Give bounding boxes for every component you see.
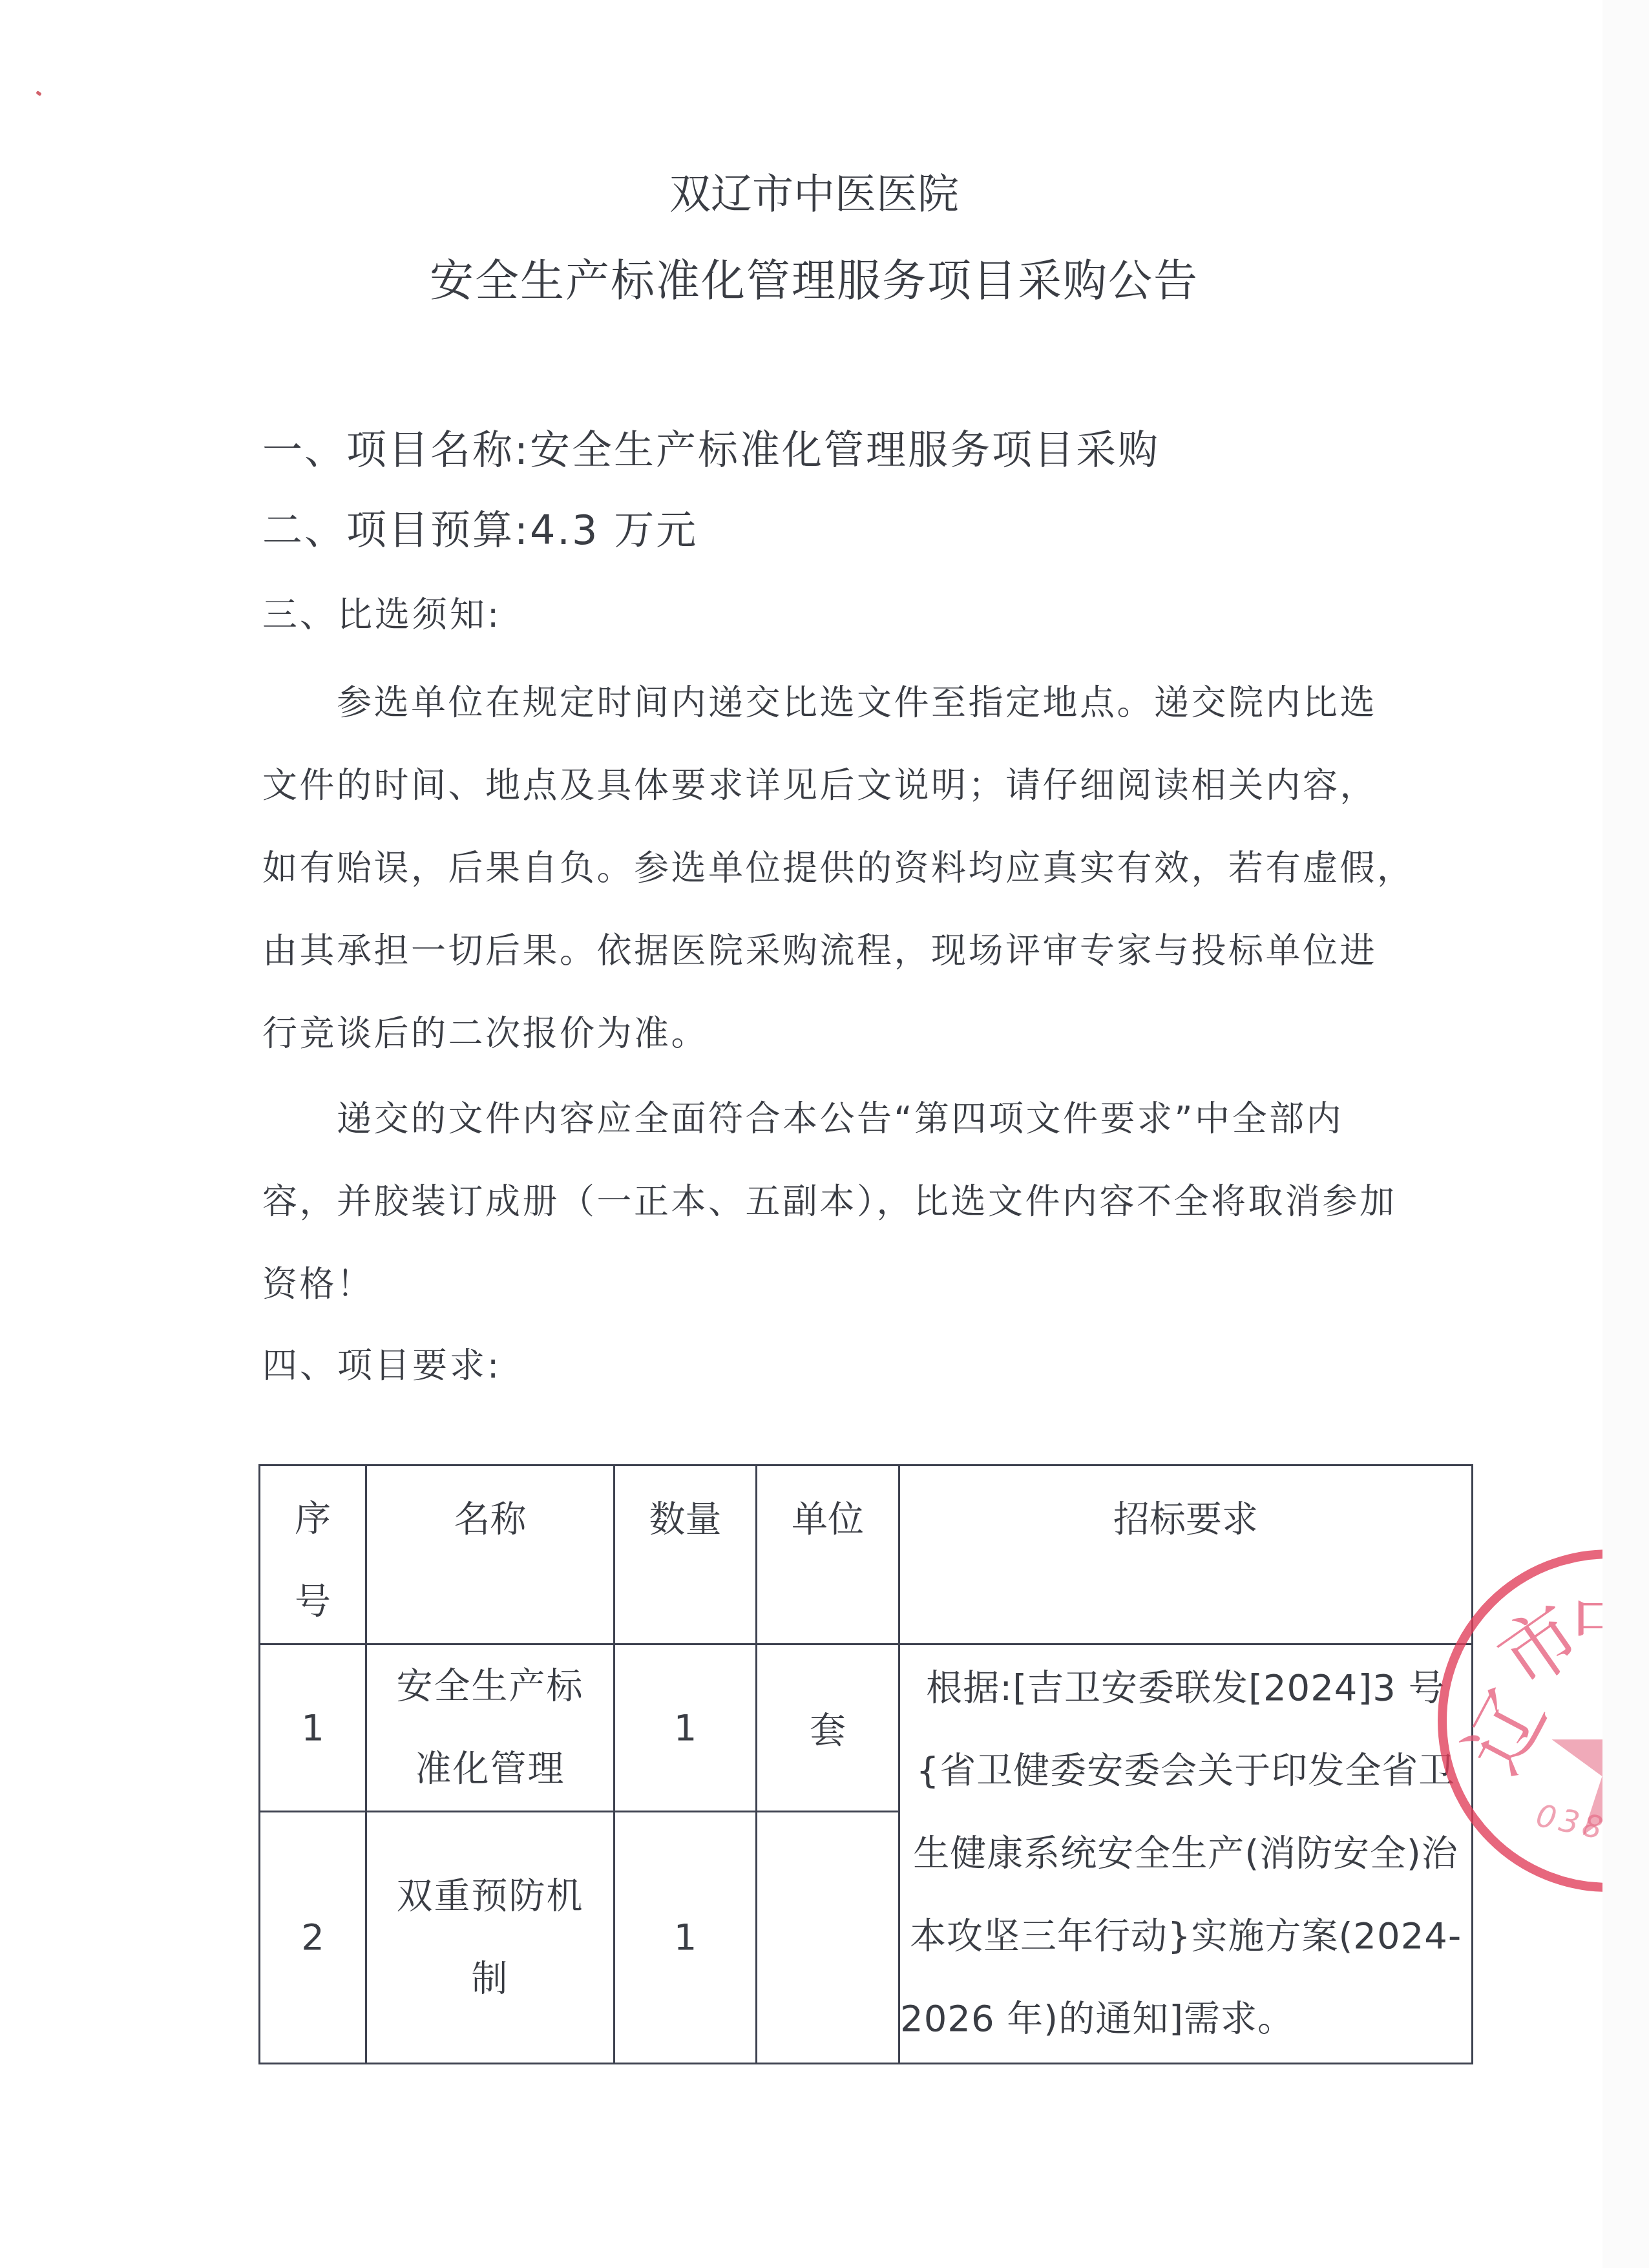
paragraph-line: 参选单位在规定时间内递交比选文件至指定地点。递交院内比选 (262, 662, 1400, 744)
cell-unit: 套 (757, 1644, 899, 1812)
scan-speck (36, 90, 41, 96)
table-row: 1 安全生产标 准化管理 1 套 根据:[吉卫安委联发[2024]3 号{省卫健… (260, 1644, 1473, 1812)
scan-edge-strip (1602, 0, 1649, 2268)
paragraph-line: 行竞谈后的二次报价为准。 (262, 992, 1400, 1075)
requirements-table: 序 号 名称 数量 单位 招标要求 1 安全生产标 准化管理 1 套 根据:[吉… (258, 1464, 1473, 2064)
cell-serial-number: 1 (260, 1644, 366, 1812)
section-project-name: 一、项目名称:安全生产标准化管理服务项目采购 (262, 428, 1160, 473)
notice-paragraph-2: 递交的文件内容应全面符合本公告“第四项文件要求”中全部内 容，并胶装订成册（一正… (262, 1078, 1400, 1326)
header-quantity: 数量 (614, 1465, 757, 1644)
cell-quantity: 1 (614, 1644, 757, 1812)
seal-star-icon: ★ (1538, 1654, 1602, 1867)
section-requirements-heading: 四、项目要求: (262, 1347, 501, 1385)
section-project-budget: 二、项目预算:4.3 万元 (262, 508, 698, 553)
organization-title: 双辽市中医医院 (0, 172, 1639, 217)
paragraph-line: 由其承担一切后果。依据医院采购流程，现场评审专家与投标单位进 (262, 910, 1400, 992)
header-unit: 单位 (757, 1465, 899, 1644)
paragraph-line: 递交的文件内容应全面符合本公告“第四项文件要求”中全部内 (262, 1078, 1400, 1160)
paragraph-line: 容，并胶装订成册（一正本、五副本），比选文件内容不全将取消参加 (262, 1160, 1400, 1243)
header-name: 名称 (366, 1465, 614, 1644)
seal-char: 市 (1473, 1574, 1601, 1710)
seal-number: 03821 (1533, 1798, 1602, 1858)
cell-quantity: 1 (614, 1812, 757, 2064)
seal-char: 中 (1570, 1564, 1602, 1675)
cell-unit (757, 1812, 899, 2064)
cell-serial-number: 2 (260, 1812, 366, 2064)
paragraph-line: 文件的时间、地点及具体要求详见后文说明；请仔细阅读相关内容， (262, 744, 1400, 827)
notice-title: 安全生产标准化管理服务项目采购公告 (0, 258, 1639, 305)
section-notice-heading: 三、比选须知: (262, 596, 501, 635)
header-requirements: 招标要求 (899, 1465, 1473, 1644)
table-header-row: 序 号 名称 数量 单位 招标要求 (260, 1465, 1473, 1644)
cell-name: 安全生产标 准化管理 (366, 1644, 614, 1812)
paragraph-line: 如有贻误，后果自负。参选单位提供的资料均应真实有效，若有虚假， (262, 827, 1400, 910)
cell-requirements: 根据:[吉卫安委联发[2024]3 号{省卫健委安委会关于印发全省卫生健康系统安… (899, 1644, 1473, 2064)
header-serial-number: 序 号 (260, 1465, 366, 1644)
cell-name: 双重预防机 制 (366, 1812, 614, 2064)
notice-paragraph-1: 参选单位在规定时间内递交比选文件至指定地点。递交院内比选 文件的时间、地点及具体… (262, 662, 1400, 1075)
paragraph-line: 资格！ (262, 1243, 1400, 1326)
